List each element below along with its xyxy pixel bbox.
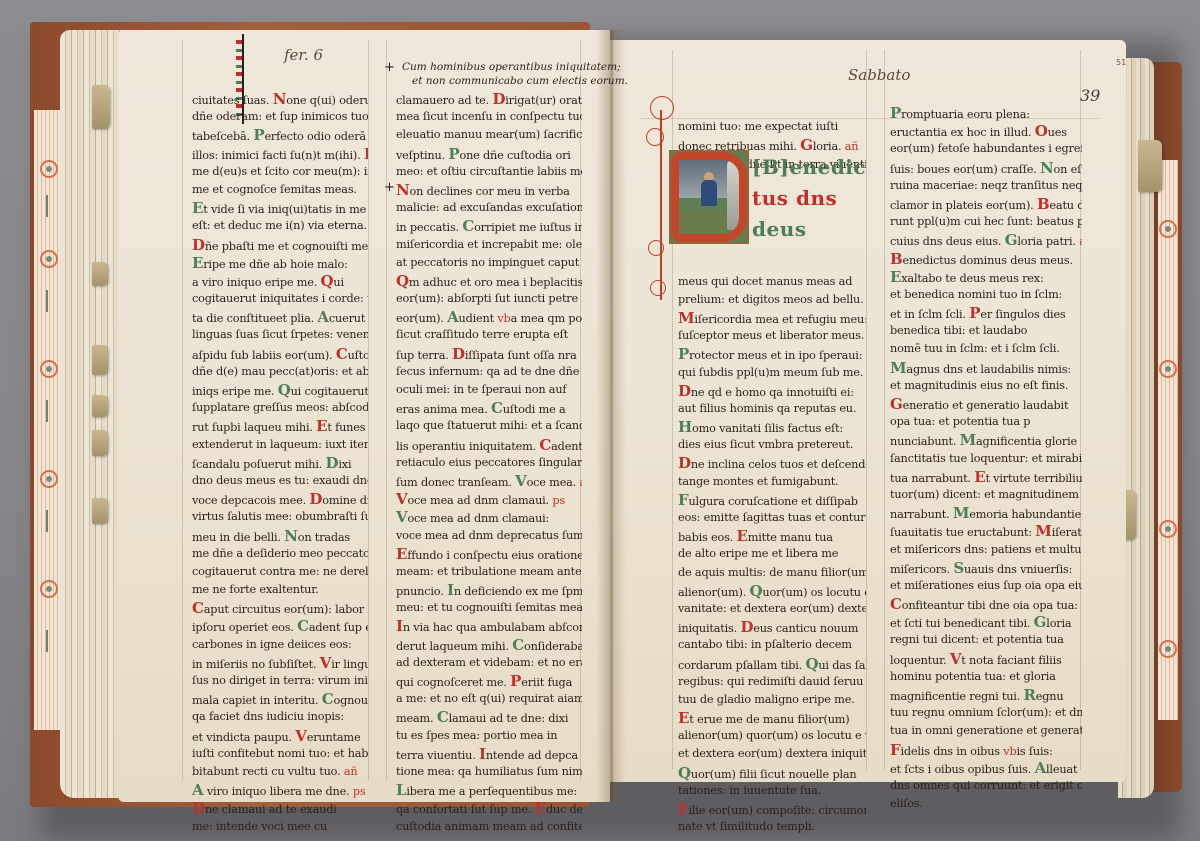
text-line: eos: emitte ſagittas tuas et contur (678, 509, 866, 527)
text-line: Promptuaria eoru plena: (890, 104, 1082, 122)
text-line: loquentur. Vt nota faciant filiis (890, 650, 1082, 668)
text-line: ta die conſtitueet plia. Acuerut (192, 308, 368, 326)
decorated-initial: A (1035, 759, 1046, 777)
decorated-initial: E (736, 527, 747, 545)
decorated-initial: L (396, 781, 406, 799)
rosette-ornament (40, 580, 58, 598)
text-line: ſupplatare greſſus meos: abſcode (192, 399, 368, 417)
text-line: bitabunt recti cu vultu tuo. añ (192, 763, 368, 781)
text-line: eliſos. (890, 795, 1082, 813)
text-line: Homo vanitati ſilis factus eſt: (678, 418, 866, 436)
text-line: tuor(um) dicent: et magnitudinem tua (890, 486, 1082, 504)
text-line: tua narrabunt. Et virtute terribiliu (890, 468, 1082, 486)
text-line: meu: et tu cognouiſti ſemitas meas. (396, 599, 582, 617)
text-line: in peccatis. Corripiet me iuſtus in (396, 217, 582, 235)
rosette-ornament (40, 360, 58, 378)
running-head-left: fer. 6 (284, 46, 323, 64)
decorated-initial: D (740, 618, 753, 636)
text-line: iniqs eripe me. Qui cogitauerut (192, 381, 368, 399)
decorated-initial: V (515, 472, 526, 490)
text-line: at peccatoris no impinguet caput meu. (396, 254, 582, 272)
decorated-initial: R (1024, 686, 1036, 704)
text-line: iuſti confitebut nomi tuo: et hab (192, 745, 368, 763)
text-line: aſpidu ſub labiis eor(um). Cuſtodi me (192, 345, 368, 363)
decorated-initial: E (535, 799, 546, 817)
text-line: Dne inclina celos tuos et deſcende: (678, 454, 866, 472)
text-line: dies eius ſicut vmbra pretereut. (678, 436, 866, 454)
text-line: Caput circuitus eor(um): labor labioru (192, 599, 368, 617)
decorated-initial: D (326, 454, 339, 472)
rosette-ornament (1159, 360, 1177, 378)
text-line: Eripe me dñe ab hoie malo: (192, 254, 368, 272)
text-line: meus qui docet manus meas ad (678, 273, 866, 291)
text-line: tu es ſpes mea: portio mea in (396, 727, 582, 745)
decorated-initial: H (678, 418, 692, 436)
text-line: cuſtodia animam meam ad confitendu (396, 818, 582, 836)
rubric-abbreviation: ps (552, 494, 565, 507)
text-line: de alto eripe me et libera me (678, 545, 866, 563)
text-line: qa confortati ſut ſup me. Educ de (396, 799, 582, 817)
pen-flourish-stem (660, 110, 662, 300)
text-line: me d(eu)s et ſcito cor meu(m): interroga (192, 163, 368, 181)
text-line: et ſcti tui benedicant tibi. Gloria (890, 613, 1082, 631)
decorated-initial: B (890, 250, 902, 268)
display-script: [B]enedic tus dns deus (752, 152, 866, 245)
decorated-initial: N (273, 90, 287, 108)
decorated-initial: E (974, 468, 985, 486)
text-line: iniquitatis. Deus canticu nouum (678, 618, 866, 636)
marginal-cross: + (384, 180, 395, 195)
text-line: ſus no diriget in terra: virum iniuſtu (192, 672, 368, 690)
decorated-initial: M (1035, 522, 1051, 540)
decorated-initial: E (192, 254, 203, 272)
text-line: ruina maceriae: neqz tranſitus neqz (890, 177, 1082, 195)
decorated-initial: Q (396, 272, 409, 290)
decorated-initial: Q (321, 272, 334, 290)
running-head-right: Sabbato (848, 66, 910, 84)
text-line: In via hac qua ambulabam abſcon (396, 617, 582, 635)
text-line: ſum donec tranſeam. Voce mea. añ (396, 472, 582, 490)
text-line: et miſerationes eius ſup oia opa eius. (890, 577, 1082, 595)
pen-flourish (650, 280, 666, 296)
text-line: Protector meus et in ipo ſperaui: (678, 345, 866, 363)
ruling-line (866, 50, 867, 770)
text-line: eor(um): abſorpti ſut iuncti petre iudic… (396, 290, 582, 308)
decorated-initial: V (320, 654, 331, 672)
text-line: Qm adhuc et oro mea i beplacitis (396, 272, 582, 290)
decorated-initial: C (462, 217, 474, 235)
text-line: me dñe a deſiderio meo peccatori: (192, 545, 368, 563)
text-line: eructantia ex hoc in illud. Oues (890, 122, 1082, 140)
illuminated-initial-b (669, 150, 749, 244)
decorated-initial: D (678, 454, 691, 472)
rosette-ornament (1159, 520, 1177, 538)
text-line: et benedica nomini tuo in ſclm: (890, 286, 1082, 304)
text-line: voce depcacois mee. Domine dñe (192, 490, 368, 508)
rosette-ornament (40, 470, 58, 488)
text-line: Voce mea ad dnm clamaui. ps (396, 490, 582, 508)
text-line: Confiteantur tibi dne oia opa tua: (890, 595, 1082, 613)
folio-number-small: 51 (1116, 58, 1126, 67)
decorated-initial: P (364, 145, 368, 163)
page-tab[interactable] (92, 430, 108, 456)
decorated-initial: P (678, 345, 689, 363)
decorated-initial: C (512, 636, 524, 654)
text-line: hominu potentia tua: et gloria (890, 668, 1082, 686)
decorated-initial: D (192, 799, 205, 817)
page-tab[interactable] (92, 395, 108, 417)
decorated-initial: C (322, 690, 334, 708)
decorated-initial: M (678, 309, 694, 327)
decorated-initial: V (396, 490, 407, 508)
text-line: aut filius hominis qa reputas eu. (678, 400, 866, 418)
text-line: lis operantiu iniquitatem. Cadent in (396, 436, 582, 454)
text-line: meo: et oſtiu circuſtantie labiis meis. (396, 163, 582, 181)
text-column-left-2: clamauero ad te. Dirigat(ur) oratiomea ſ… (396, 90, 582, 836)
text-line: in miſeriis no ſubſiſtet. Vir linguo (192, 654, 368, 672)
text-line: et miſericors dns: patiens et multu (890, 541, 1082, 559)
decorated-initial: E (192, 199, 203, 217)
text-line: derut laqueum mihi. Conſiderabam (396, 636, 582, 654)
text-line: Libera me a perſequentibus me: (396, 781, 582, 799)
decorated-initial: F (678, 800, 688, 818)
decorated-initial: N (396, 181, 410, 199)
text-line: tuu de gladio maligno eripe me. (678, 691, 866, 709)
rosette-ornament (1159, 220, 1177, 238)
decorated-initial: S (953, 559, 964, 577)
decorated-initial: Q (278, 381, 291, 399)
decorated-initial: D (309, 490, 322, 508)
text-line: virtus ſalutis mee: obumbraſti ſup caput (192, 508, 368, 526)
decorated-initial: O (1035, 122, 1048, 140)
marginal-cross: + (384, 60, 395, 75)
text-line: rut ſupbi laqueu mihi. Et funes (192, 417, 368, 435)
decorated-initial: P (969, 304, 980, 322)
text-line: me: intende voci mee cu (192, 818, 368, 836)
text-line: Magnus dns et laudabilis nimis: (890, 359, 1082, 377)
text-line: dno deus meus es tu: exaudi dne (192, 472, 368, 490)
decorated-initial: D (678, 382, 691, 400)
text-line: nunciabunt. Magnificentia glorie (890, 431, 1082, 449)
text-line: meam: et tribulatione meam ante ipſum (396, 563, 582, 581)
text-line: qa faciet dns iudiciu inopis: (192, 708, 368, 726)
rubric-abbreviation: añ (344, 765, 358, 778)
decorated-initial: F (890, 741, 900, 759)
decorated-initial: M (890, 359, 906, 377)
decorated-initial: D (492, 90, 505, 108)
decorated-initial: N (284, 527, 298, 545)
decorated-initial: Q (805, 655, 818, 673)
text-line: magnificentie regni tui. Regnu (890, 686, 1082, 704)
text-line: voce mea ad dnm deprecatus ſum. (396, 527, 582, 545)
text-line: laqo que ſtatuerut mihi: et a ſcanda (396, 417, 582, 435)
rosette-ornament (40, 160, 58, 178)
decorated-initial: P (448, 145, 459, 163)
text-line: eſt: et deduc me i(n) via eterna. añ (192, 217, 368, 235)
text-line: nomini tuo: me expectat iuſti (678, 118, 866, 136)
decorated-initial: F (678, 491, 688, 509)
text-line: meam. Clamaui ad te dne: dixi (396, 708, 582, 726)
text-line: extenderut in laqueum: iuxt iter (192, 436, 368, 454)
text-line: dñe oderam: et ſup inimicos tuos (192, 108, 368, 126)
text-line: Dne clamaui ad te exaudi (192, 799, 368, 817)
text-line: cogitauerut iniquitates i corde: to (192, 290, 368, 308)
decorated-initial: C (297, 617, 309, 635)
decorated-endpaper-right (1158, 160, 1178, 720)
ruling-line (368, 40, 369, 780)
text-line: clamauero ad te. Dirigat(ur) oratio (396, 90, 582, 108)
text-line: dñe d(e) mau pecc(at)oris: et ab hoibg (192, 363, 368, 381)
text-line: mea ſicut incenſu in conſpectu tuo: (396, 108, 582, 126)
decorated-initial: I (447, 581, 454, 599)
text-line: ſuauitatis tue eructabunt: Miſerator (890, 522, 1082, 540)
ruling-line (386, 40, 387, 780)
text-line: tione mea: qa humiliatus ſum nimis. (396, 763, 582, 781)
decorated-initial: V (396, 508, 407, 526)
text-line: Effundo i conſpectu eius orationem (396, 545, 582, 563)
ruling-line (884, 50, 885, 770)
rubric-abbreviation: ps (353, 785, 366, 798)
decorated-initial: I (479, 745, 486, 763)
decorated-initial: V (950, 650, 961, 668)
rubric-abbreviation: vb (1003, 745, 1016, 758)
text-line: tuu regnu omnium ſclor(um): et dnatio (890, 704, 1082, 722)
text-line: tange montes et fumigabunt. (678, 473, 866, 491)
text-line: ſecus infernum: qa ad te dne dñe (396, 363, 582, 381)
text-line: Filie eor(um) compoſite: circumor (678, 800, 866, 818)
rubric-abbreviation: añ (580, 476, 583, 489)
text-line: Et vide ſi via iniq(ui)tatis in me (192, 199, 368, 217)
text-line: ſanctitatis tue loquentur: et mirabilia (890, 450, 1082, 468)
page-tab[interactable] (92, 85, 110, 129)
text-line: et magnitudinis eius no eſt finis. (890, 377, 1082, 395)
text-line: alienor(um) quor(um) os locutu e vanitat… (678, 727, 866, 745)
text-line: terra viuentiu. Intende ad depca (396, 745, 582, 763)
text-line: tabeſcebā. Perfecto odio oderā (192, 126, 368, 144)
text-line: eor(um). Audient vba mea qm potuert (396, 308, 582, 326)
page-tab[interactable] (1138, 140, 1162, 192)
decorated-initial: I (396, 617, 403, 635)
text-line: Et erue me de manu filior(um) (678, 709, 866, 727)
decorated-initial: A (192, 781, 203, 799)
text-line: regni tui dicent: et potentia tua (890, 631, 1082, 649)
decorated-initial: P (253, 126, 264, 144)
text-line: a viro iniquo eripe me. Qui (192, 272, 368, 290)
text-line: regibus: qui redimiſti dauid ſeruu (678, 673, 866, 691)
text-line: Miſericordia mea et refugiu meu: (678, 309, 866, 327)
text-line: clamor in plateis eor(um). Beatu dixe (890, 195, 1082, 213)
decorated-initial: D (192, 236, 205, 254)
decorated-initial: C (890, 595, 902, 613)
text-column-right-2: Promptuaria eoru plena:eructantia ex hoc… (890, 104, 1082, 813)
decorated-initial: M (953, 504, 969, 522)
decorated-initial: P (890, 104, 901, 122)
text-line: cuius dns deus eius. Gloria patri. añ (890, 231, 1082, 249)
ruling-line (182, 40, 183, 780)
text-line: A viro iniquo libera me dne. ps (192, 781, 368, 799)
page-tab[interactable] (92, 498, 108, 524)
text-line: dns omnes qui corruunt: et erigit oes (890, 777, 1082, 795)
text-line: retiaculo eius peccatores ſingulariter (396, 454, 582, 472)
text-line: et ſcts i oibus opibus ſuis. Alleuat (890, 759, 1082, 777)
decorated-initial: E (396, 545, 407, 563)
text-line: alienor(um). Quor(um) os locutu eſt (678, 582, 866, 600)
text-line: ſcandalu poſuerut mihi. Dixi (192, 454, 368, 472)
text-line: miſericors. Suauis dns vniuerſis: (890, 559, 1082, 577)
text-line: ſuis: boues eor(um) craſſe. Non eſt (890, 159, 1082, 177)
text-line: ciuitates ſuas. None q(ui) oderu(n)t te (192, 90, 368, 108)
text-line: mala capiet in interitu. Cognoui (192, 690, 368, 708)
text-line: eor(um) fetoſe habundantes i egreſſibus (890, 140, 1082, 158)
text-line: ſup terra. Diſſipata ſunt oſſa nra (396, 345, 582, 363)
text-line: Fulgura coruſcatione et diſſipab (678, 491, 866, 509)
text-line: meu in die belli. Non tradas (192, 527, 368, 545)
decorated-initial: G (1034, 613, 1047, 631)
decorated-initial: C (437, 708, 449, 726)
decorated-initial: C (192, 599, 204, 617)
rosette-ornament (40, 250, 58, 268)
decorated-initial: Q (678, 764, 691, 782)
text-line: Non declines cor meu in verba (396, 181, 582, 199)
text-line: Benedictus dominus deus meus. (890, 250, 1082, 268)
decorated-initial: C (491, 399, 503, 417)
text-line: oculi mei: in te ſperaui non auf (396, 381, 582, 399)
text-line: miſericordia et increpabit me: oleu (396, 236, 582, 254)
book-gutter (596, 30, 626, 802)
text-line: runt ppl(u)m cui hec ſunt: beatus ppl(u)… (890, 213, 1082, 231)
decorated-initial: G (890, 395, 903, 413)
decorated-initial: G (1005, 231, 1018, 249)
text-line: Voce mea ad dnm clamaui: (396, 508, 582, 526)
decorated-initial: D (452, 345, 465, 363)
text-line: tationes: in iuuentute ſua. (678, 782, 866, 800)
text-line: cantabo tibi: in pſalterio decem (678, 636, 866, 654)
page-tab[interactable] (92, 262, 108, 286)
text-line: tua in omni generatione et generationes.… (890, 722, 1082, 740)
text-line: me et cognoſce ſemitas meas. (192, 181, 368, 199)
decorated-initial: B (1037, 195, 1049, 213)
text-line: et dextera eor(um) dextera iniquitatis. (678, 745, 866, 763)
decorated-initial: A (317, 308, 328, 326)
text-line: prelium: et digitos meos ad bellu. (678, 291, 866, 309)
decorated-initial: E (678, 709, 689, 727)
rubric-abbreviation: añ (1079, 235, 1082, 248)
text-line: babis eos. Emitte manu tua (678, 527, 866, 545)
decorated-initial: M (960, 431, 976, 449)
text-column-left-1: ciuitates ſuas. None q(ui) oderu(n)t ted… (192, 90, 368, 836)
pen-flourish (648, 240, 664, 256)
text-line: nate vt ſimilitudo templi. (678, 818, 866, 836)
text-line: illos: inimici facti ſu(n)t m(ihi). Prob… (192, 145, 368, 163)
decorated-initial: C (336, 345, 348, 363)
text-line: vanitate: et dextera eor(um) dextera (678, 600, 866, 618)
text-line: a me: et no eſt q(ui) requirat aiam (396, 690, 582, 708)
text-line: ſuſceptor meus et liberator meus. (678, 327, 866, 345)
text-line: malicie: ad excuſandas excuſationes (396, 199, 582, 217)
text-line: Quor(um) filii ſicut nouelle plan (678, 764, 866, 782)
decorated-initial: A (447, 308, 458, 326)
text-line: me ne forte exaltentur. (192, 581, 368, 599)
text-line: ipſoru operiet eos. Cadent ſup eos (192, 617, 368, 635)
text-line: ſicut craſſitudo terre erupta eſt (396, 326, 582, 344)
page-tab[interactable] (92, 345, 108, 375)
pen-flourish (650, 96, 674, 120)
rosette-ornament (1159, 640, 1177, 658)
text-line: linguas ſuas ſicut ſrpetes: venenu (192, 326, 368, 344)
text-line: Dne qd e homo qa innotuiſti ei: (678, 382, 866, 400)
decorated-initial: E (890, 268, 901, 286)
folio-number: 39 (1080, 86, 1100, 105)
text-line: et vindicta paupu. Veruntame (192, 727, 368, 745)
text-line: ad dexteram et videbam: et no erat (396, 654, 582, 672)
marginal-note: Cum hominibus operantibus iniquitatem; e… (402, 60, 628, 88)
text-line: veſptinu. Pone dñe cuſtodia ori (396, 145, 582, 163)
text-line: Dñe pbaſti me et cognouiſti me. ps (192, 236, 368, 254)
text-line: benedica tibi: et laudabo (890, 322, 1082, 340)
text-line: Fidelis dns in oibus vbis ſuis: (890, 741, 1082, 759)
text-line: eras anima mea. Cuſtodi me a (396, 399, 582, 417)
text-line: de aquis multis: de manu filior(um) (678, 564, 866, 582)
text-line: qui ſubdis ppl(u)m meum ſub me. (678, 364, 866, 382)
decorated-initial: P (510, 672, 521, 690)
text-line: cordarum pſallam tibi. Qui das ſalute (678, 655, 866, 673)
text-line: carbones in igne deiices eos: (192, 636, 368, 654)
text-line: eleuatio manuu mear(um) ſacrificiu (396, 126, 582, 144)
decorated-initial: C (539, 436, 551, 454)
decorated-initial: Q (750, 582, 763, 600)
text-line: qui cognoſceret me. Periit fuga (396, 672, 582, 690)
text-line: Exaltabo te deus meus rex: (890, 268, 1082, 286)
initial-letter-frame (671, 152, 747, 242)
text-line: narrabunt. Memoria habundantie (890, 504, 1082, 522)
text-line: cogitauerut contra me: ne derelinq(ua)s (192, 563, 368, 581)
text-line: pnuncio. In deficiendo ex me ſpm (396, 581, 582, 599)
decorated-initial: V (295, 727, 306, 745)
text-line: et in ſclm ſcli. Per ſingulos dies (890, 304, 1082, 322)
decorated-initial: E (316, 417, 327, 435)
text-line: nomē tuu in ſclm: et i ſclm ſcli. (890, 340, 1082, 358)
text-line: opa tua: et potentia tua p (890, 413, 1082, 431)
rubric-abbreviation: vb (497, 312, 510, 325)
decorated-initial: N (1040, 159, 1054, 177)
text-line: Generatio et generatio laudabit (890, 395, 1082, 413)
